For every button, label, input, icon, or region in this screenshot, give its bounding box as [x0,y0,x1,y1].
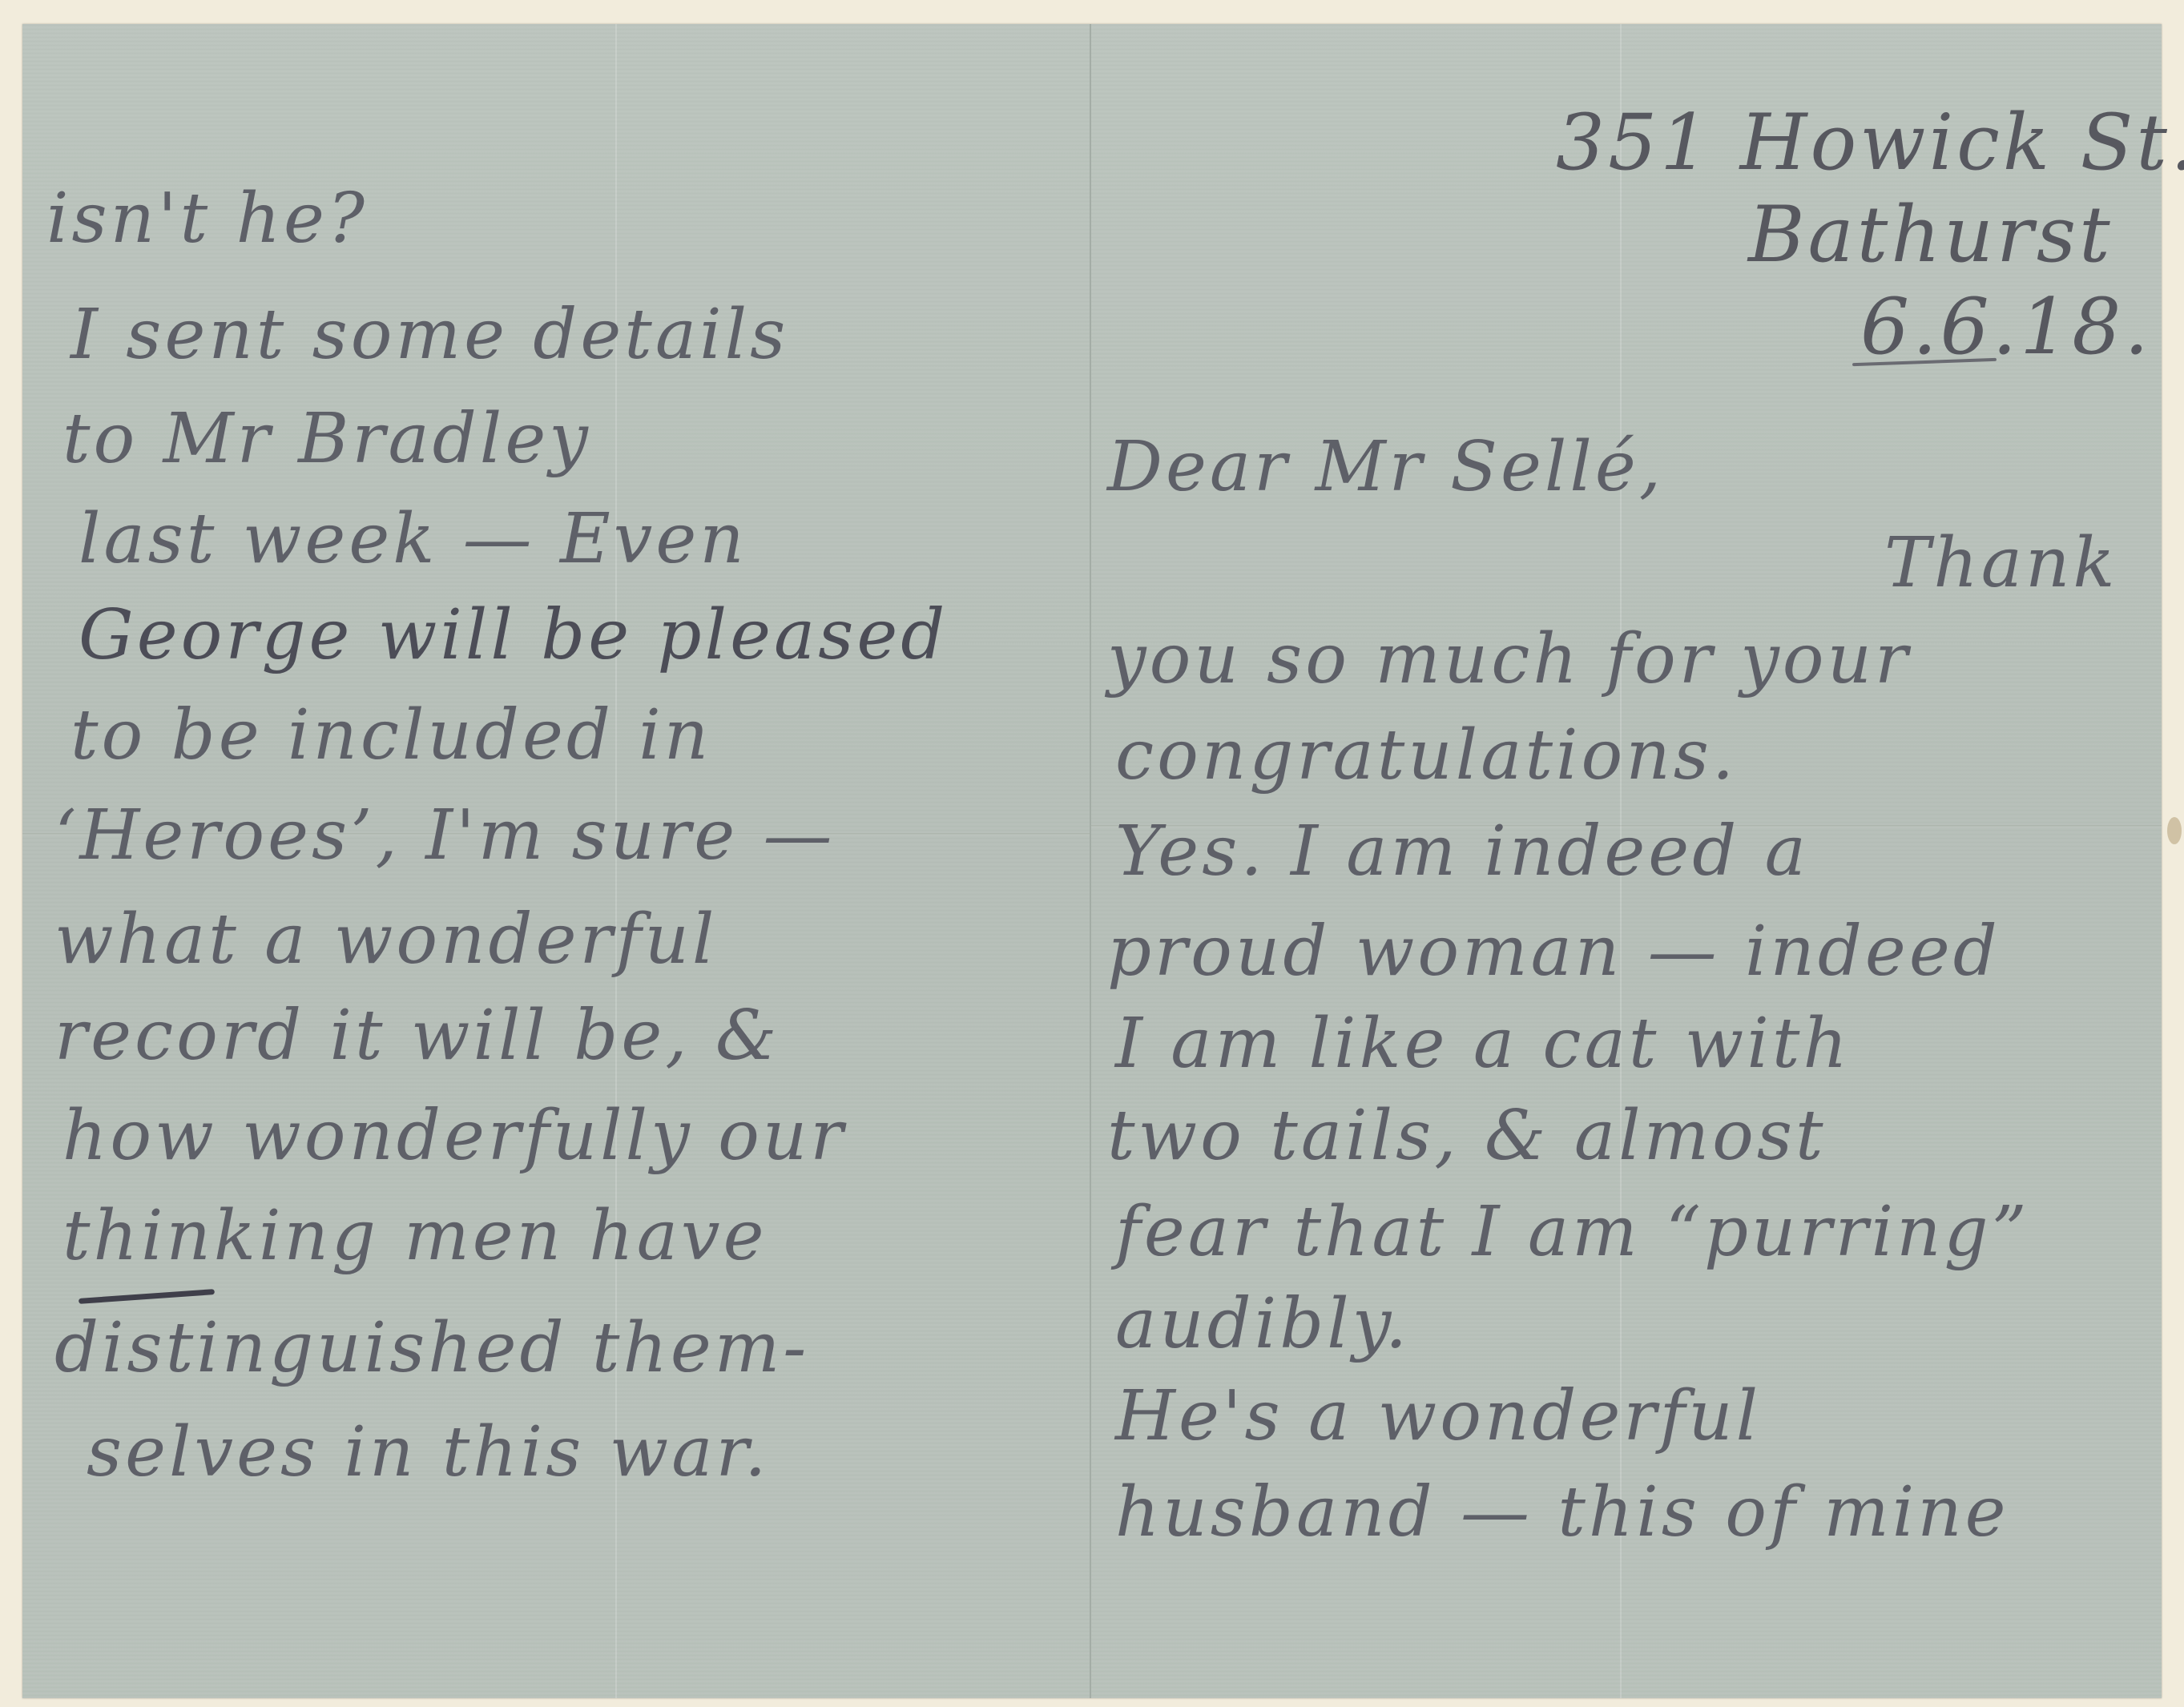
letter-line: I am like a cat with [1115,1009,1851,1078]
letter-date: 6.6.18. [1860,288,2152,365]
letter-line: two tails, & almost [1107,1101,1827,1170]
letter-line: selves in this war. [87,1418,770,1487]
letter-sheet: isn't he? I sent some details to Mr Brad… [22,24,2162,1698]
underline-mark [79,1289,215,1304]
letter-line: how wonderfully our [62,1101,846,1170]
letter-line: what a wonderful [54,905,717,974]
letter-line: He's a wonderful [1115,1382,1761,1451]
letter-line: audibly. [1115,1290,1410,1359]
letter-line: husband — this of mine [1115,1478,2009,1547]
salutation: Dear Mr Sellé, [1107,433,1664,501]
letter-line: last week — Even [79,505,747,574]
letter-line: congratulations. [1115,721,1737,790]
letter-line: George will be pleased [79,601,948,670]
letter-line: proud woman — indeed [1107,917,2001,986]
letter-line: to be included in [71,701,711,770]
right-page: 351 Howick St. Bathurst 6.6.18. Dear Mr … [1091,24,2162,1698]
sender-address-street: 351 Howick St. [1556,104,2184,181]
letter-line: ‘Heroes’, I'm sure — [54,801,836,870]
paper-stain [2167,817,2182,844]
letter-line: fear that I am “purring” [1115,1198,2030,1266]
letter-line: isn't he? [46,184,368,253]
letter-line: record it will be, & [54,1001,780,1070]
sender-address-town: Bathurst [1748,196,2113,273]
letter-line: Yes. I am indeed a [1115,817,1809,886]
letter-line: you so much for your [1107,625,1911,694]
letter-line: I sent some details [71,300,788,369]
left-page: isn't he? I sent some details to Mr Brad… [22,24,1091,1698]
letter-line: distinguished them- [54,1314,809,1383]
letter-line: to Mr Bradley [62,405,591,473]
letter-line: Thank [1884,529,2118,598]
letter-line: thinking men have [62,1202,768,1270]
